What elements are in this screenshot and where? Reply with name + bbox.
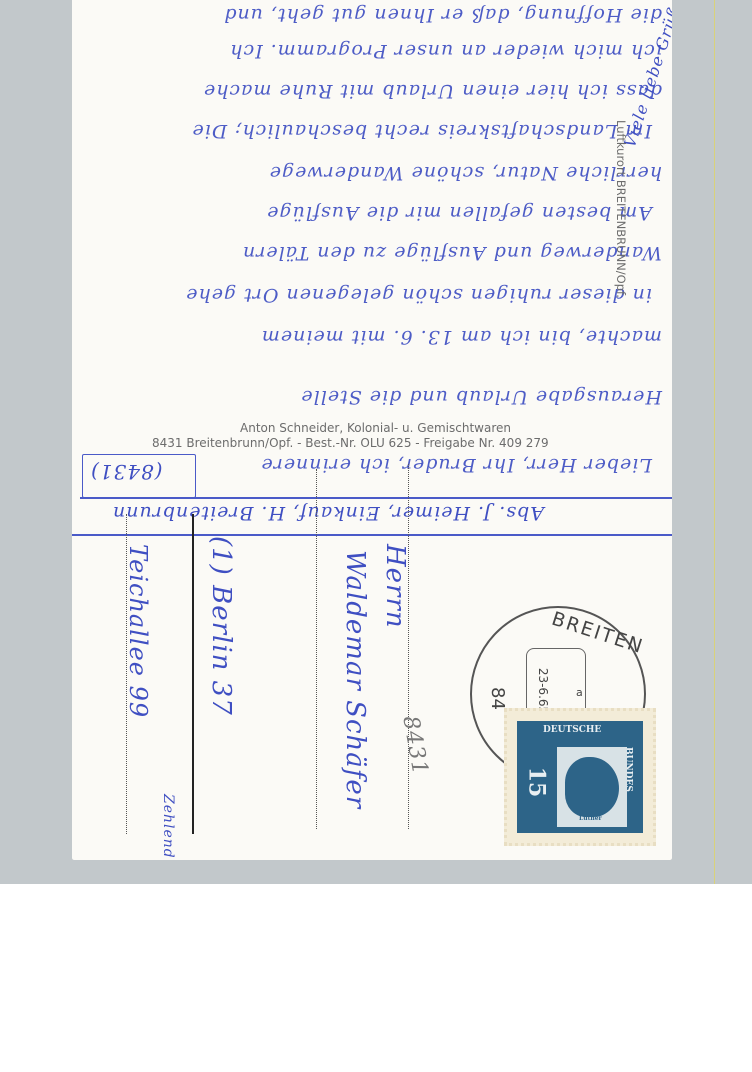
postmark-slot: a bbox=[576, 686, 583, 699]
recipient-name: Waldemar Schäfer bbox=[340, 550, 370, 809]
sender-address: Abs. J. Heimer, Einkauf, H. Breitenbrunn bbox=[112, 502, 544, 524]
message-line: Herausgabe Urlaub und die Stelle bbox=[82, 386, 662, 408]
message-line: herrliche Natur, schöne Wanderwege bbox=[82, 162, 662, 184]
stamp-portrait-caption: Luther bbox=[579, 815, 602, 822]
message-line: ich mich wieder an unser Programm. Ich bbox=[82, 40, 662, 62]
stamp-country-top: DEUTSCHE bbox=[543, 725, 601, 735]
stamp-value: 15 bbox=[523, 767, 549, 798]
address-line-solid bbox=[192, 514, 194, 834]
message-line: Lieber Herr, Ihr Bruder, ich erinnere bbox=[212, 454, 652, 476]
stamp-frame: DEUTSCHE BUNDES POST 15 Luther bbox=[517, 721, 643, 833]
pencil-note: 8431 bbox=[397, 714, 432, 777]
recipient-city: (1) Berlin 37 bbox=[206, 536, 236, 716]
message-line: Wanderweg und Ausflüge zu den Tälern bbox=[82, 242, 662, 264]
recipient-street: Teichallee 99 bbox=[124, 544, 152, 718]
scan-edge-line bbox=[714, 0, 715, 884]
postmark-zip: 84 bbox=[487, 687, 508, 710]
message-line: dass ich hier einen Urlaub mit Ruhe mach… bbox=[82, 80, 662, 102]
message-line: Im Landschaftskreis recht beschaulich; D… bbox=[72, 120, 652, 142]
postage-stamp: DEUTSCHE BUNDES POST 15 Luther bbox=[504, 708, 656, 846]
address-line bbox=[316, 469, 317, 829]
message-line: machte, bin ich am 13. 6. mit meinem bbox=[82, 326, 662, 348]
printed-side-caption: Luftkurort BREITENBRUNN/Opf. bbox=[614, 120, 628, 298]
stamp-portrait-window: Luther bbox=[557, 747, 627, 827]
message-line: die Hoffnung, daß er Ihnen gut geht, und bbox=[82, 4, 662, 26]
publisher-line-2: 8431 Breitenbrunn/Opf. - Best.-Nr. OLU 6… bbox=[152, 436, 549, 450]
sender-zip: (8431) bbox=[90, 460, 163, 484]
message-line: Am besten gefallen mir die Ausflüge bbox=[72, 202, 652, 224]
luther-portrait-icon bbox=[565, 757, 619, 817]
recipient-salutation: Herrn bbox=[380, 544, 410, 629]
publisher-line-1: Anton Schneider, Kolonial- u. Gemischtwa… bbox=[240, 421, 511, 435]
sender-bottom-rule bbox=[72, 534, 672, 536]
message-line: in dieser ruhigen schön gelegenen Ort ge… bbox=[72, 284, 652, 306]
